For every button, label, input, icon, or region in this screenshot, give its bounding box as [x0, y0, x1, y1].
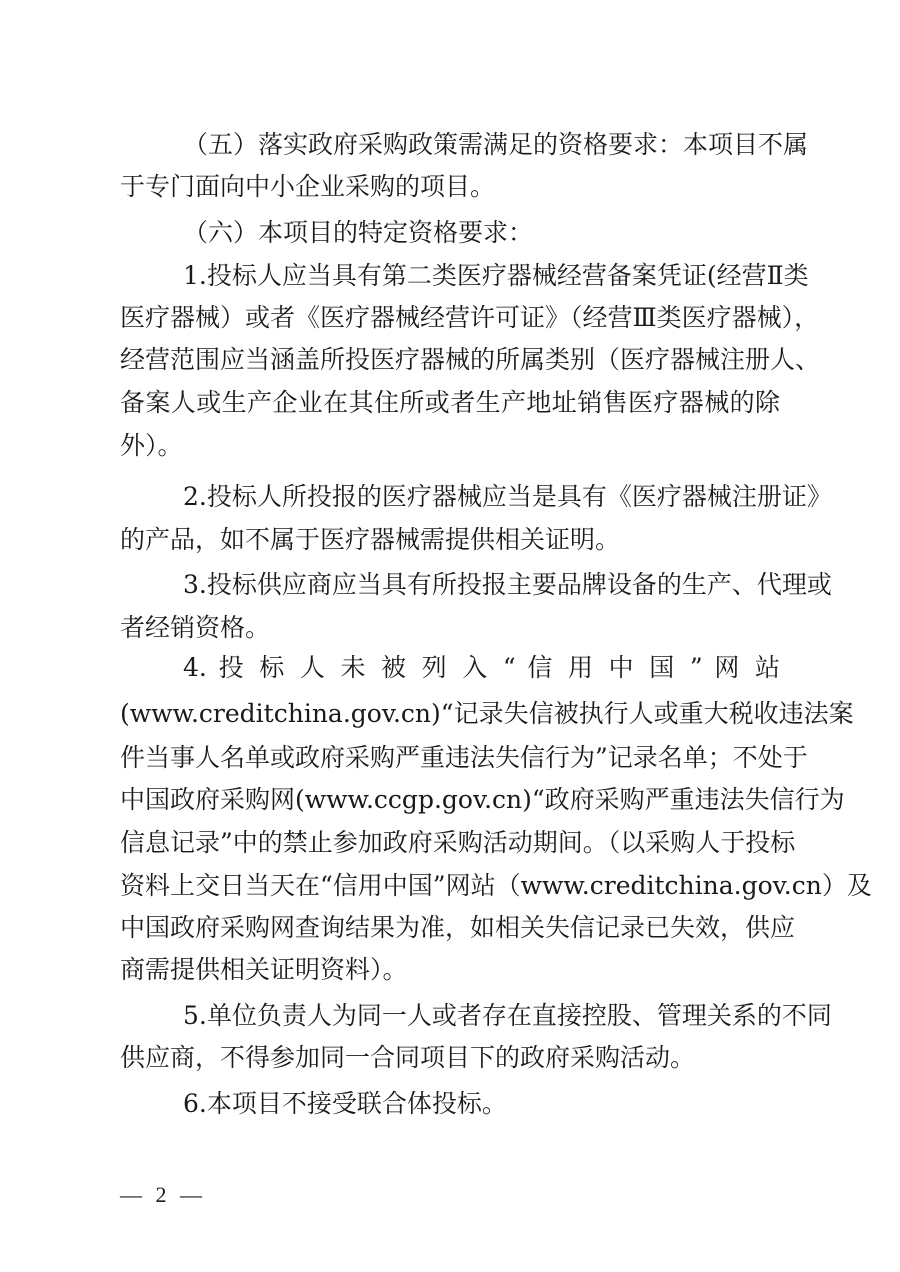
- section-6-heading: （六）本项目的特定资格要求：: [183, 214, 780, 252]
- item-2-line-2: 的产品，如不属于医疗器械需提供相关证明。: [120, 521, 780, 559]
- item-4-line-3: 件当事人名单或政府采购严重违法失信行为”记录名单；不处于: [120, 739, 780, 777]
- item-2-line-1: 2.投标人所投报的医疗器械应当是具有《医疗器械注册证》: [183, 478, 780, 516]
- item-4-line-5: 信息记录”中的禁止参加政府采购活动期间。（以采购人于投标: [120, 824, 780, 862]
- document-page: （五）落实政府采购政策需满足的资格要求：本项目不属 于专门面向中小企业采购的项目…: [0, 0, 900, 1272]
- item-4-line-2: (www.creditchina.gov.cn)“记录失信被执行人或重大税收违法…: [120, 695, 780, 733]
- item-1-line-2: 医疗器械）或者《医疗器械经营许可证》（经营Ⅲ类医疗器械），: [120, 299, 780, 337]
- item-4-line-8: 商需提供相关证明资料）。: [120, 951, 780, 989]
- section-5-line-2: 于专门面向中小企业采购的项目。: [120, 168, 780, 206]
- item-3-line-2: 者经销资格。: [120, 609, 780, 647]
- item-1-line-4: 备案人或生产企业在其住所或者生产地址销售医疗器械的除: [120, 384, 780, 422]
- item-5-line-2: 供应商，不得参加同一合同项目下的政府采购活动。: [120, 1039, 780, 1077]
- item-4-line-1: 4. 投 标 人 未 被 列 入 “ 信 用 中 国 ” 网 站: [183, 649, 780, 687]
- item-4-line-6: 资料上交日当天在“信用中国”网站（www.creditchina.gov.cn）…: [120, 867, 780, 905]
- page-number: — 2 —: [120, 1180, 206, 1210]
- item-4-line-7: 中国政府采购网查询结果为准，如相关失信记录已失效，供应: [120, 909, 780, 947]
- item-4-line-4: 中国政府采购网(www.ccgp.gov.cn)“政府采购严重违法失信行为: [120, 781, 780, 819]
- item-3-line-1: 3.投标供应商应当具有所投报主要品牌设备的生产、代理或: [183, 566, 780, 604]
- item-5-line-1: 5.单位负责人为同一人或者存在直接控股、管理关系的不同: [183, 997, 780, 1035]
- item-6-line-1: 6.本项目不接受联合体投标。: [183, 1085, 780, 1123]
- item-1-line-5: 外）。: [120, 427, 780, 465]
- item-1-line-1: 1.投标人应当具有第二类医疗器械经营备案凭证(经营Ⅱ类: [183, 257, 780, 295]
- item-1-line-3: 经营范围应当涵盖所投医疗器械的所属类别（医疗器械注册人、: [120, 341, 780, 379]
- section-5-line-1: （五）落实政府采购政策需满足的资格要求：本项目不属: [183, 126, 780, 164]
